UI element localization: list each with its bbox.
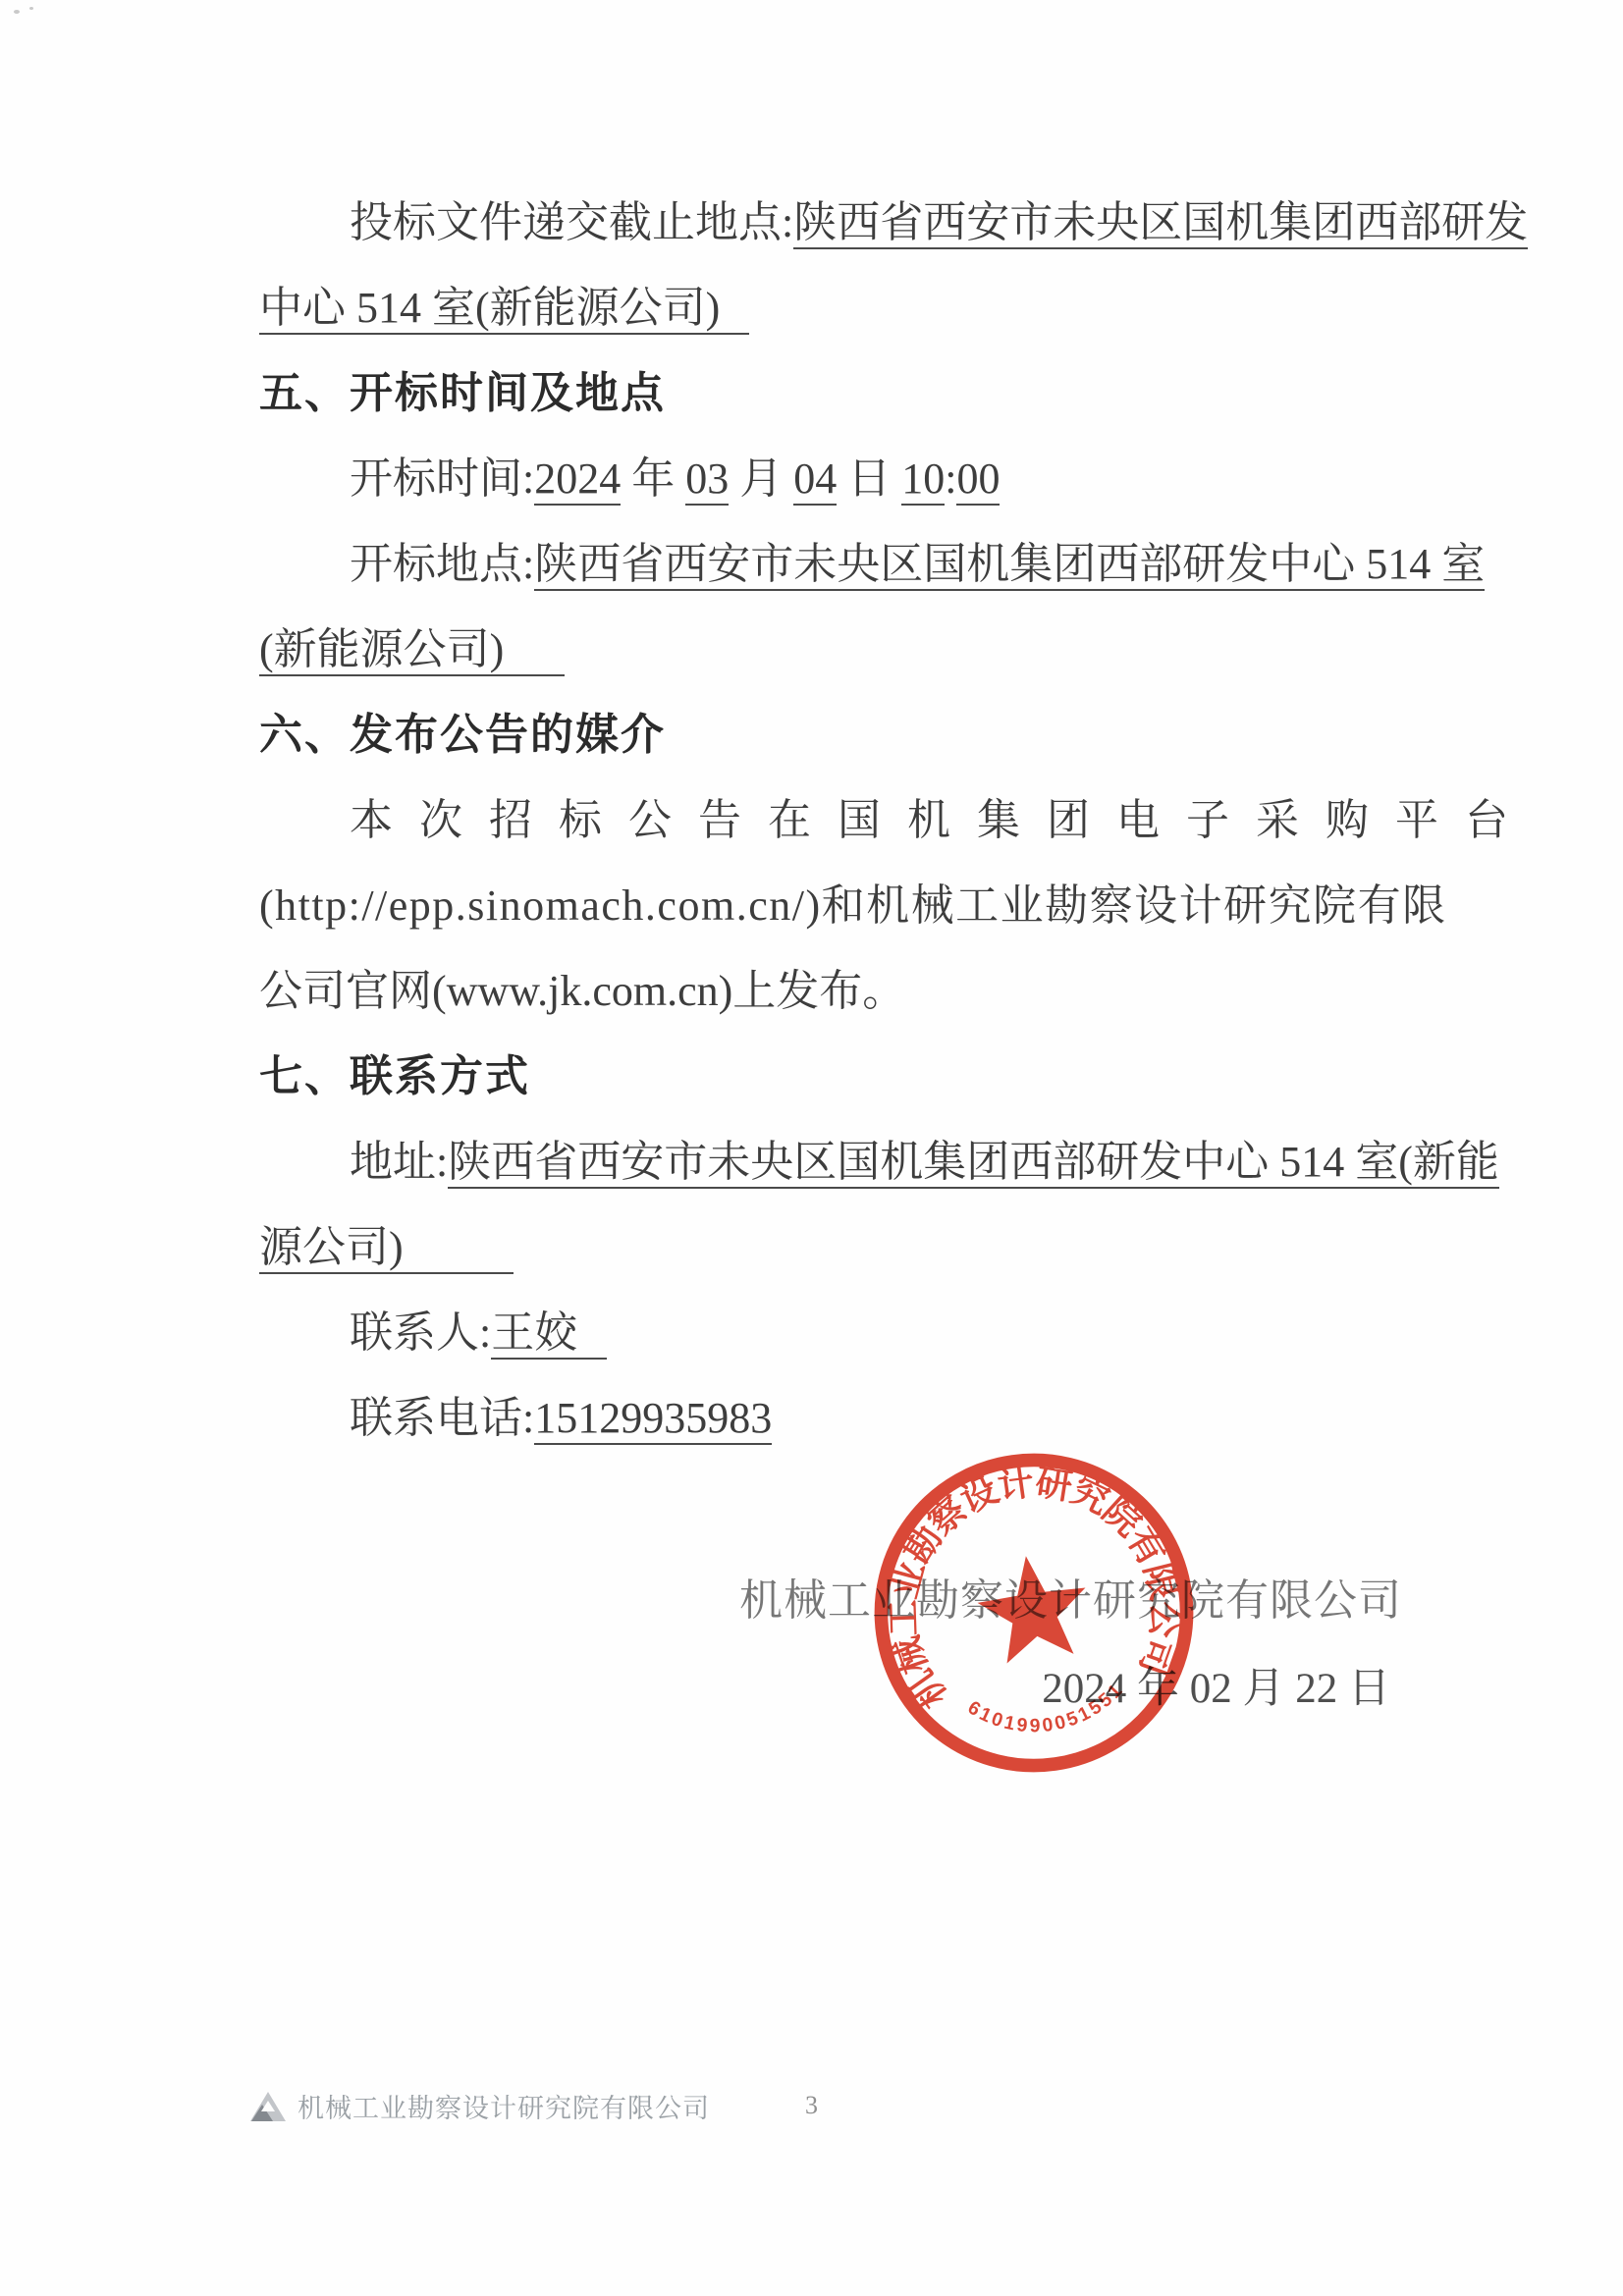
bid-open-hour: 10 [901, 454, 945, 506]
bid-open-month: 03 [685, 454, 729, 506]
bid-open-minute: 00 [956, 454, 1000, 506]
submit-deadline-location-line1: 投标文件递交截止地点:陕西省西安市未央区国机集团西部研发 [259, 180, 1395, 265]
seal-registration-number: 6101990051551 [961, 1676, 1132, 1747]
page-number: 3 [0, 2091, 1623, 2120]
company-seal-stamp: 机械工业勘察设计研究院有限公司 6101990051551 [839, 1418, 1227, 1806]
scan-artifact [14, 10, 20, 14]
document-page: 投标文件递交截止地点:陕西省西安市未央区国机集团西部研发 中心 514 室(新能… [0, 0, 1623, 2296]
section-heading-open-bid: 五、开标时间及地点 [259, 350, 1395, 436]
submit-deadline-location-label: 投标文件递交截止地点: [350, 198, 793, 246]
submit-deadline-location-line2: 中心 514 室(新能源公司) [259, 265, 1395, 350]
contact-address-line2: 源公司) [259, 1204, 1395, 1290]
bid-open-place-line1: 开标地点:陕西省西安市未央区国机集团西部研发中心 514 室 [259, 521, 1395, 607]
bid-open-place-value: 陕西省西安市未央区国机集团西部研发中心 514 室 [534, 540, 1485, 591]
media-paragraph-line3: 公司官网(www.jk.com.cn)上发布。 [259, 948, 1395, 1034]
bid-open-place-line2: (新能源公司) [259, 607, 1395, 692]
seal-graphic: 机械工业勘察设计研究院有限公司 6101990051551 [839, 1418, 1227, 1806]
contact-person-value: 王姣 [491, 1308, 607, 1360]
media-paragraph-line2: (http://epp.sinomach.com.cn/)和机械工业勘察设计研究… [259, 863, 1395, 948]
contact-person-label: 联系人: [350, 1308, 491, 1357]
seal-star-icon [972, 1549, 1095, 1667]
bid-open-place-label: 开标地点: [350, 540, 534, 588]
contact-phone-line: 联系电话:15129935983 [259, 1375, 1395, 1461]
bid-open-day: 04 [793, 454, 837, 506]
contact-address-label: 地址: [350, 1138, 448, 1186]
section-heading-contact: 七、联系方式 [259, 1034, 1395, 1119]
bid-open-year: 2024 [534, 454, 621, 506]
bid-open-time-label: 开标时间: [350, 454, 534, 503]
contact-phone-value: 15129935983 [534, 1394, 772, 1445]
section-heading-media: 六、发布公告的媒介 [259, 692, 1395, 777]
contact-address-value: 陕西省西安市未央区国机集团西部研发中心 514 室(新能 [448, 1138, 1499, 1189]
contact-phone-label: 联系电话: [350, 1394, 534, 1442]
contact-address-line1: 地址:陕西省西安市未央区国机集团西部研发中心 514 室(新能 [259, 1119, 1395, 1204]
document-body: 投标文件递交截止地点:陕西省西安市未央区国机集团西部研发 中心 514 室(新能… [259, 180, 1395, 1461]
svg-text:6101990051551: 6101990051551 [961, 1676, 1132, 1747]
page-footer: 机械工业勘察设计研究院有限公司 3 [0, 2087, 1623, 2130]
scan-artifact [29, 7, 33, 10]
submit-deadline-location-value: 陕西省西安市未央区国机集团西部研发 [793, 198, 1528, 249]
media-paragraph-line1: 本次招标公告在国机集团电子采购平台 [259, 777, 1395, 863]
contact-person-line: 联系人:王姣 [259, 1290, 1395, 1375]
bid-open-time-line: 开标时间:2024 年 03 月 04 日 10:00 [259, 436, 1395, 521]
